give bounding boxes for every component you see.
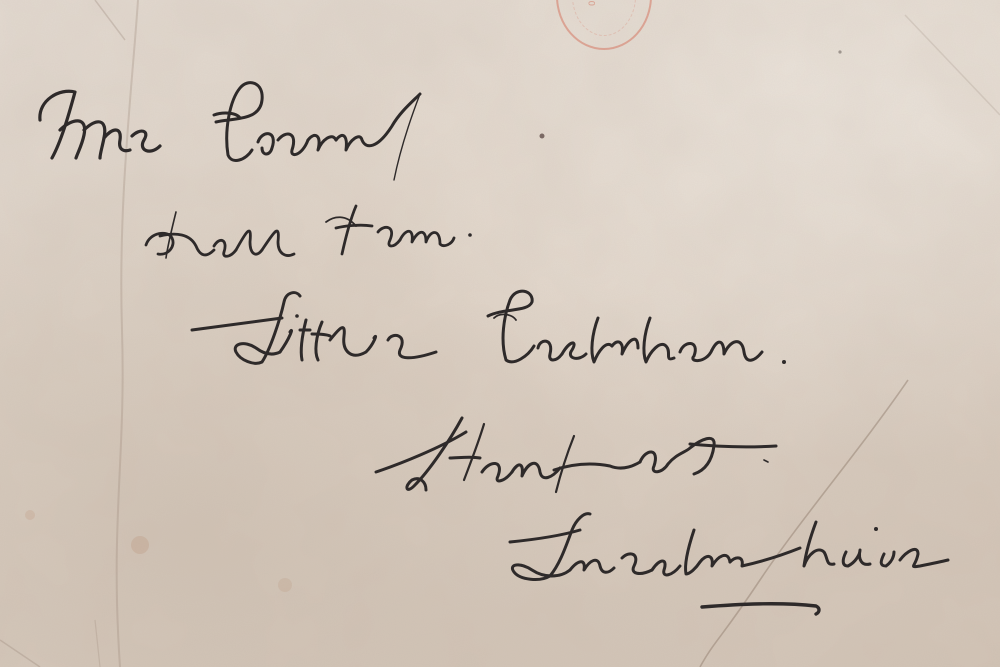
handwriting-mrs — [40, 91, 160, 158]
handwriting-lincolnshire — [510, 514, 948, 614]
envelope: OF... Mrs Corry Hall Farm. Little Caster… — [0, 0, 1000, 667]
handwriting-stamford — [376, 418, 776, 492]
handwriting-hall-farm — [146, 206, 472, 258]
handwriting-little-casterton — [192, 291, 786, 364]
handwritten-address — [0, 0, 1000, 667]
handwriting-corry — [214, 83, 420, 180]
